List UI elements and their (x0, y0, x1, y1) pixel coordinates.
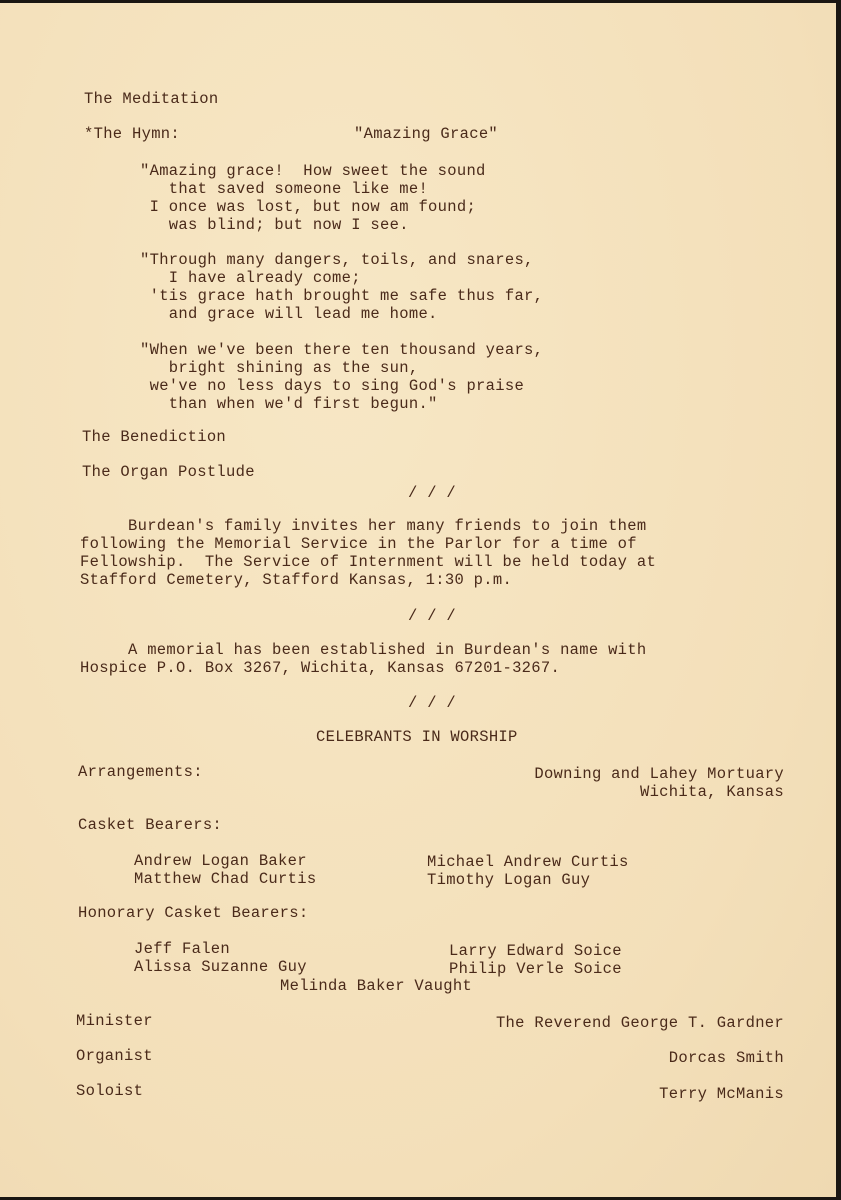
honorary-bearer: Larry Edward Soice (449, 942, 622, 960)
arrangements-label: Arrangements: (78, 763, 203, 781)
arrangements-city: Wichita, Kansas (640, 783, 784, 801)
postlude-heading: The Organ Postlude (82, 463, 255, 481)
arrangements-mortuary: Downing and Lahey Mortuary (534, 765, 784, 783)
casket-bearers-label: Casket Bearers: (78, 816, 222, 834)
honorary-bearers-label: Honorary Casket Bearers: (78, 904, 308, 922)
organist-label: Organist (76, 1047, 153, 1065)
honorary-bearer: Alissa Suzanne Guy (134, 958, 307, 976)
minister-label: Minister (76, 1012, 153, 1030)
section-separator: / / / (408, 607, 456, 625)
honorary-bearer: Philip Verle Soice (449, 960, 622, 978)
celebrants-heading: CELEBRANTS IN WORSHIP (316, 728, 518, 746)
program-page: The Meditation *The Hymn: "Amazing Grace… (0, 3, 836, 1197)
hymn-label: *The Hymn: (84, 125, 180, 143)
soloist-name: Terry McManis (659, 1085, 784, 1103)
section-separator: / / / (408, 484, 456, 502)
casket-bearer: Andrew Logan Baker (134, 852, 307, 870)
honorary-bearer: Jeff Falen (134, 940, 230, 958)
casket-bearer: Timothy Logan Guy (427, 871, 590, 889)
hymn-title: "Amazing Grace" (354, 125, 498, 143)
section-separator: / / / (408, 694, 456, 712)
benediction-heading: The Benediction (82, 428, 226, 446)
minister-name: The Reverend George T. Gardner (496, 1014, 784, 1032)
honorary-bearer: Melinda Baker Vaught (280, 977, 472, 995)
meditation-heading: The Meditation (84, 90, 218, 108)
casket-bearer: Michael Andrew Curtis (427, 853, 629, 871)
organist-name: Dorcas Smith (669, 1049, 784, 1067)
soloist-label: Soloist (76, 1082, 143, 1100)
casket-bearer: Matthew Chad Curtis (134, 870, 316, 888)
